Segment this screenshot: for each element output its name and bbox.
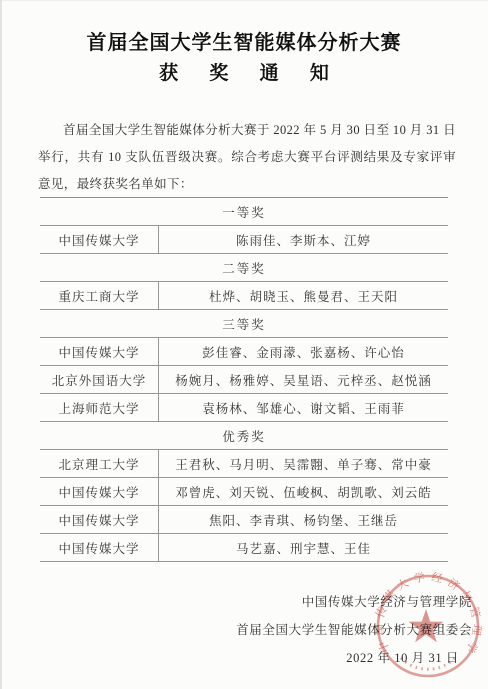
- members-cell: 王君秋、马月明、吴霈翾、单子骞、常中豪: [159, 455, 448, 473]
- award-notice-document: 首届全国大学生智能媒体分析大赛 获 奖 通 知 首届全国大学生智能媒体分析大赛于…: [0, 0, 488, 689]
- table-row: 中国传媒大学 陈雨佳、李斯本、江婷: [40, 226, 448, 254]
- school-cell: 中国传媒大学: [40, 478, 159, 505]
- members-cell: 陈雨佳、李斯本、江婷: [159, 231, 448, 249]
- award-section-header-excellence-prize: 优秀奖: [40, 422, 448, 450]
- table-row: 中国传媒大学 焦阳、李青琪、杨钧堡、王继岳: [40, 506, 448, 534]
- table-row: 北京理工大学 王君秋、马月明、吴霈翾、单子骞、常中豪: [40, 450, 448, 478]
- school-cell: 中国传媒大学: [40, 226, 159, 253]
- award-label: 优秀奖: [222, 427, 266, 445]
- document-subtitle: 获 奖 通 知: [0, 58, 488, 85]
- award-table: 一等奖 中国传媒大学 陈雨佳、李斯本、江婷 二等奖 重庆工商大学 杜烨、胡晓玉、…: [40, 197, 448, 562]
- intro-paragraph: 首届全国大学生智能媒体分析大赛于 2022 年 5 月 30 日至 10 月 3…: [38, 117, 456, 198]
- award-section-header-third-prize: 三等奖: [40, 310, 448, 338]
- table-row: 重庆工商大学 杜烨、胡晓玉、熊曼君、王天阳: [40, 282, 448, 310]
- school-cell: 中国传媒大学: [40, 338, 159, 365]
- table-row: 上海师范大学 袁杨林、邹雄心、谢文韬、王雨菲: [40, 394, 448, 422]
- award-label: 一等奖: [222, 203, 266, 221]
- members-cell: 杜烨、胡晓玉、熊曼君、王天阳: [159, 287, 448, 305]
- school-cell: 中国传媒大学: [40, 534, 159, 561]
- document-title: 首届全国大学生智能媒体分析大赛: [0, 26, 488, 55]
- issue-date: 2022 年 10 月 31 日: [0, 644, 472, 672]
- school-cell: 中国传媒大学: [40, 506, 159, 533]
- issuing-org-line2: 首届全国大学生智能媒体分析大赛组委会: [0, 616, 472, 644]
- award-label: 二等奖: [222, 259, 266, 277]
- issuing-org-line1: 中国传媒大学经济与管理学院: [0, 588, 472, 616]
- school-cell: 重庆工商大学: [40, 282, 159, 309]
- school-cell: 北京外国语大学: [40, 366, 159, 393]
- table-row: 中国传媒大学 马艺嘉、刑宇慧、王佳: [40, 534, 448, 562]
- award-section-header-second-prize: 二等奖: [40, 254, 448, 282]
- members-cell: 袁杨林、邹雄心、谢文韬、王雨菲: [159, 399, 448, 417]
- table-row: 中国传媒大学 彭佳睿、金雨濛、张嘉杨、许心怡: [40, 338, 448, 366]
- members-cell: 邓曾虎、刘天锐、伍峻枫、胡凯歌、刘云皓: [159, 483, 448, 501]
- school-cell: 上海师范大学: [40, 394, 159, 421]
- members-cell: 杨婉月、杨雅婷、吴星语、元梓丞、赵悦涵: [159, 371, 448, 389]
- members-cell: 马艺嘉、刑宇慧、王佳: [159, 539, 448, 557]
- table-row: 中国传媒大学 邓曾虎、刘天锐、伍峻枫、胡凯歌、刘云皓: [40, 478, 448, 506]
- members-cell: 焦阳、李青琪、杨钧堡、王继岳: [159, 511, 448, 529]
- award-section-header-first-prize: 一等奖: [40, 198, 448, 226]
- members-cell: 彭佳睿、金雨濛、张嘉杨、许心怡: [159, 343, 448, 361]
- school-cell: 北京理工大学: [40, 450, 159, 477]
- signature-block: 中国传媒大学经济与管理学院 首届全国大学生智能媒体分析大赛组委会 2022 年 …: [0, 588, 472, 672]
- award-label: 三等奖: [222, 315, 266, 333]
- table-row: 北京外国语大学 杨婉月、杨雅婷、吴星语、元梓丞、赵悦涵: [40, 366, 448, 394]
